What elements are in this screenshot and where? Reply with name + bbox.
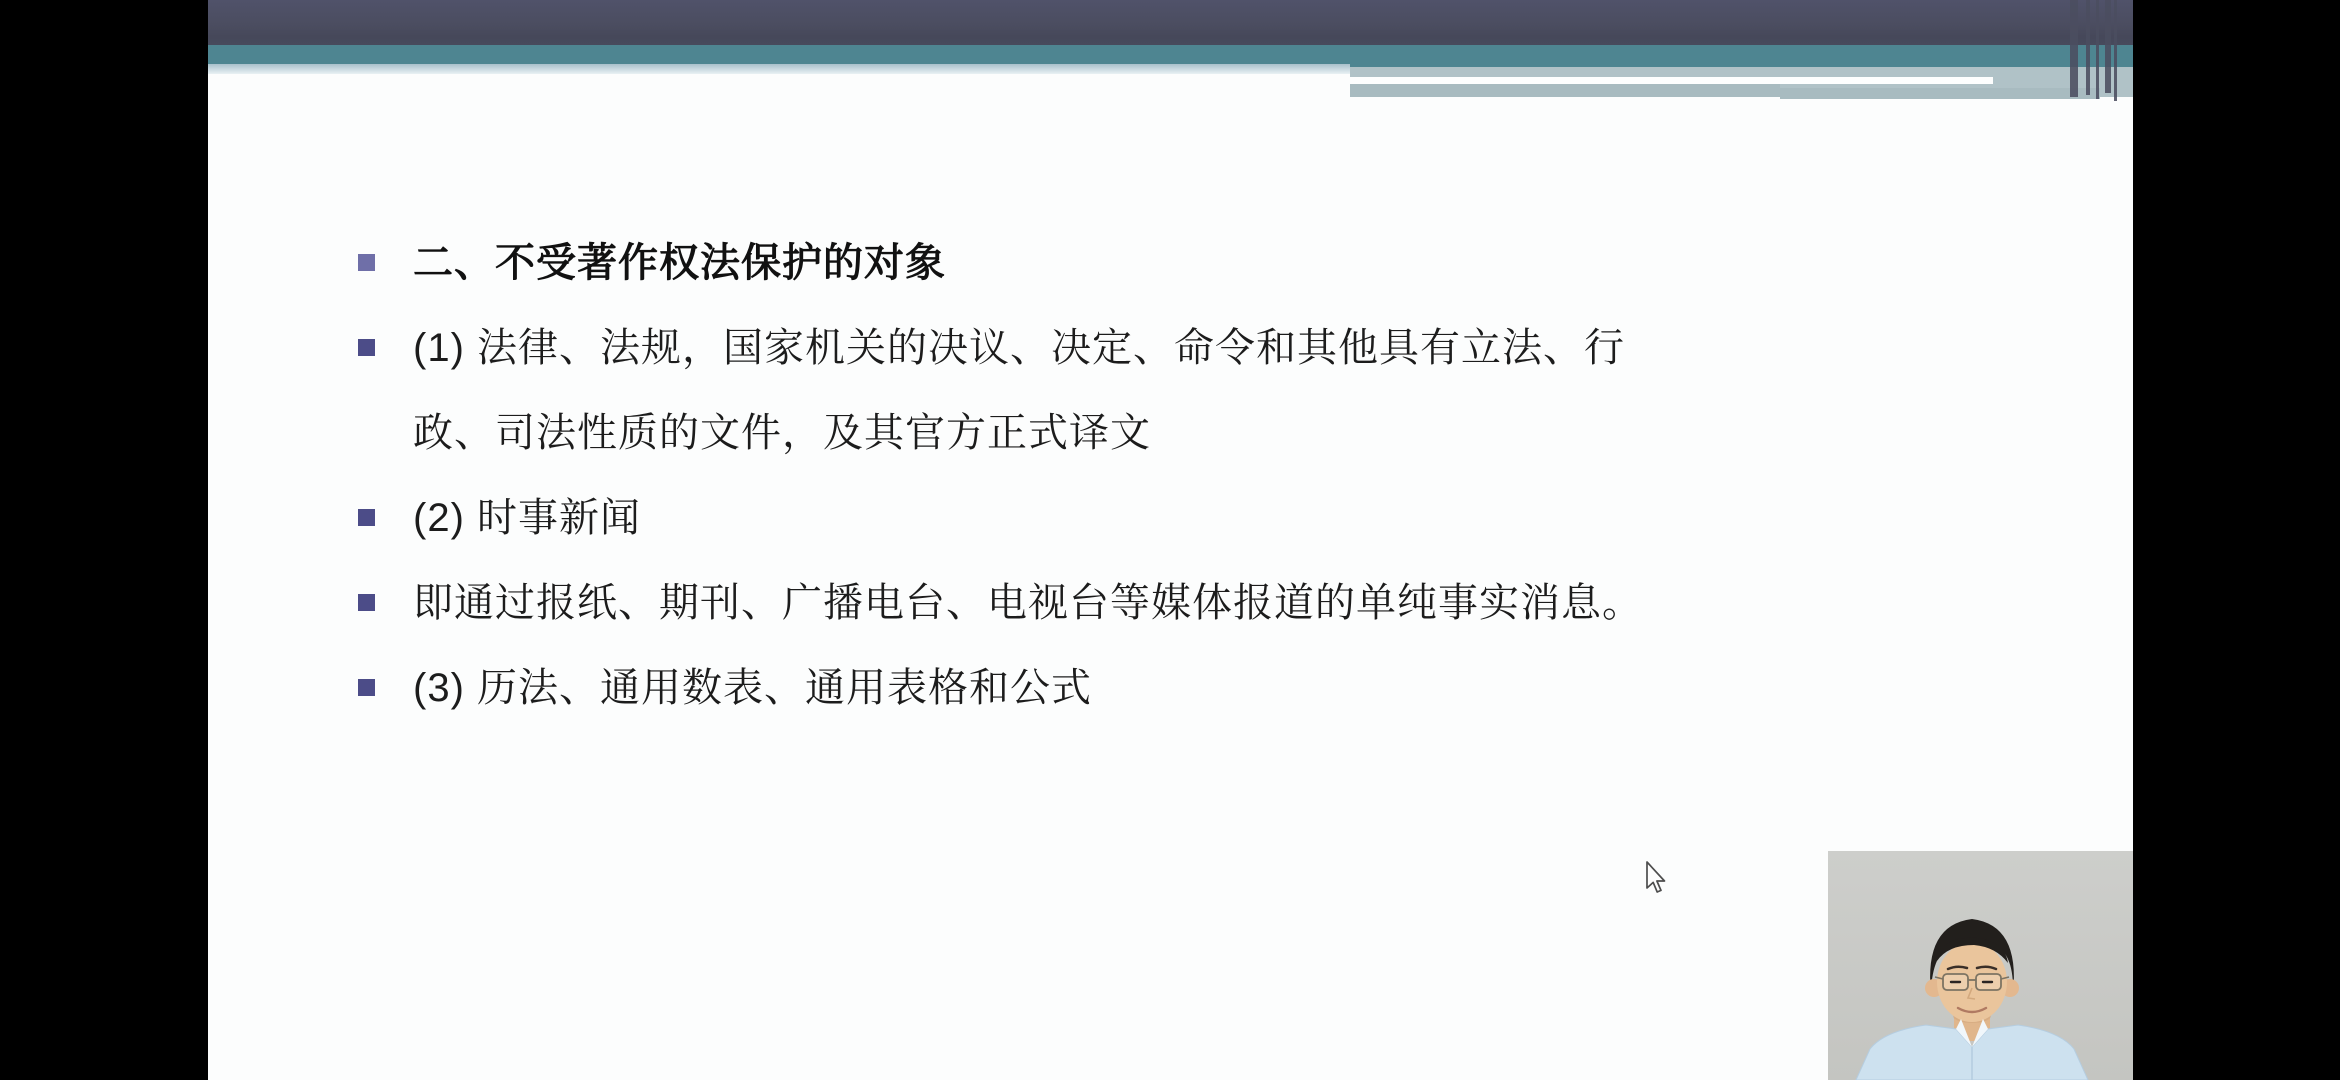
list-item-text: 即通过报纸、期刊、广播电台、电视台等媒体报道的单纯事实消息。 bbox=[413, 583, 1643, 623]
corner-pinstripe bbox=[2096, 0, 2099, 99]
corner-accent-gray-stripe bbox=[1350, 84, 1780, 97]
corner-accent-white-stripe bbox=[1350, 77, 1993, 84]
list-item-text: (2) 时事新闻 bbox=[413, 498, 641, 538]
bullet-square-icon bbox=[358, 679, 375, 696]
list-item-continuation: 政、司法性质的文件，及其官方正式译文 bbox=[358, 390, 1643, 475]
header-band-light bbox=[208, 64, 1350, 74]
presenter-webcam-overlay bbox=[1828, 851, 2133, 1080]
letterbox-right bbox=[2133, 0, 2340, 1080]
bullet-square-icon bbox=[358, 594, 375, 611]
list-item: (2) 时事新闻 bbox=[358, 475, 1643, 560]
header-band-dark bbox=[208, 0, 2133, 45]
bullet-square-icon bbox=[358, 339, 375, 356]
mouse-cursor-icon bbox=[1645, 861, 1670, 902]
list-item: (3) 历法、通用数表、通用表格和公式 bbox=[358, 645, 1643, 730]
corner-accent-gray-stripe-step bbox=[1780, 88, 2100, 99]
bullet-square-icon bbox=[358, 254, 375, 271]
letterbox-left bbox=[0, 0, 208, 1080]
list-item-text: (3) 历法、通用数表、通用表格和公式 bbox=[413, 668, 1092, 708]
list-item-text: 政、司法性质的文件，及其官方正式译文 bbox=[413, 413, 1151, 453]
slide-title-row: 二、不受著作权法保护的对象 bbox=[358, 220, 1643, 305]
slide-title: 二、不受著作权法保护的对象 bbox=[413, 243, 946, 283]
corner-accent-teal bbox=[1350, 45, 2133, 67]
list-item-text: (1) 法律、法规，国家机关的决议、决定、命令和其他具有立法、行 bbox=[413, 328, 1625, 368]
list-item: (1) 法律、法规，国家机关的决议、决定、命令和其他具有立法、行 bbox=[358, 305, 1643, 390]
list-item: 即通过报纸、期刊、广播电台、电视台等媒体报道的单纯事实消息。 bbox=[358, 560, 1643, 645]
bullet-square-icon bbox=[358, 509, 375, 526]
corner-pinstripe bbox=[2070, 0, 2078, 97]
video-frame: 二、不受著作权法保护的对象 (1) 法律、法规，国家机关的决议、决定、命令和其他… bbox=[0, 0, 2340, 1080]
bullet-list: 二、不受著作权法保护的对象 (1) 法律、法规，国家机关的决议、决定、命令和其他… bbox=[358, 220, 1643, 730]
presenter-avatar bbox=[1828, 851, 2133, 1080]
corner-pinstripe bbox=[2105, 0, 2111, 93]
corner-pinstripe bbox=[2086, 0, 2090, 95]
corner-pinstripe bbox=[2114, 0, 2117, 101]
